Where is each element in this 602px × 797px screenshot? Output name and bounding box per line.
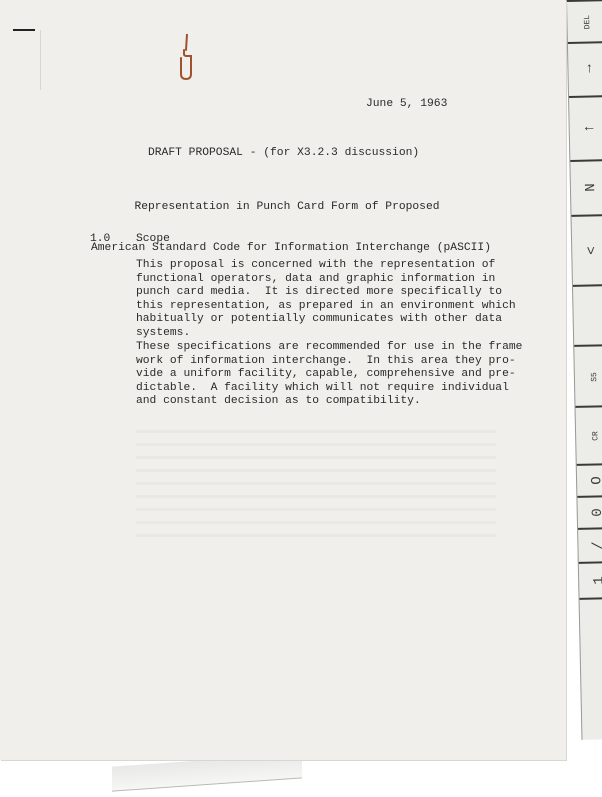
document-page: June 5, 1963 DRAFT PROPOSAL - (for X3.2.… [0,0,566,760]
chart-cell: 0 [577,495,602,528]
chart-cell: < [572,214,602,285]
chart-cell: 1 [579,561,602,600]
chart-cell: O [577,463,602,496]
chart-cell: DEL [567,0,602,42]
paperclip-icon [177,34,195,80]
chart-cell: N [570,159,602,214]
title-line: Representation in Punch Card Form of Pro… [91,201,483,215]
chart-cell: CR [576,405,602,464]
code-chart-strip: DEL → ↑ N < S5 CR O 0 / 1 [566,0,602,740]
paragraph: These specifications are recommended for… [136,341,522,409]
document-date: June 5, 1963 [366,98,447,112]
chart-cell: → [568,41,602,94]
document-heading: DRAFT PROPOSAL - (for X3.2.3 discussion) [148,147,419,161]
section-title: Scope [136,233,170,247]
show-through-text [136,420,496,540]
paragraph: This proposal is concerned with the repr… [136,259,516,341]
chart-cell: S5 [574,344,602,407]
section-number: 1.0 [90,233,110,247]
margin-mark [13,29,35,31]
chart-cell: / [578,527,602,562]
chart-cell: ↑ [569,95,602,160]
chart-cell [573,284,602,345]
